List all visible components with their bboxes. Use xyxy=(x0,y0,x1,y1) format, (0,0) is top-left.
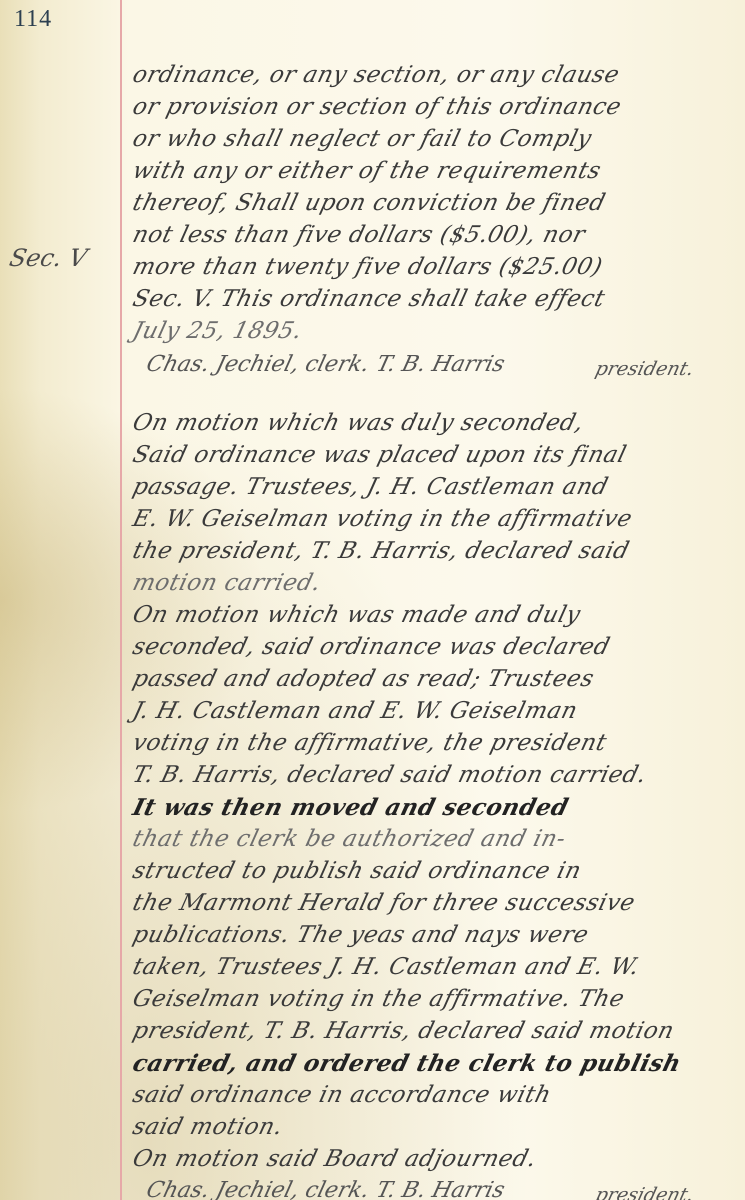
text-line: motion carried. xyxy=(130,570,324,596)
text-line: passed and adopted as read; Trustees xyxy=(130,666,597,692)
text-line-adjourned: On motion said Board adjourned. xyxy=(130,1146,539,1172)
text-line: the president, T. B. Harris, declared sa… xyxy=(130,538,632,564)
text-line: with any or either of the requirements xyxy=(130,158,604,184)
text-line: Said ordinance was placed upon its final xyxy=(130,442,629,468)
text-line: ordinance, or any section, or any clause xyxy=(130,62,622,88)
text-line: carried, and ordered the clerk to publis… xyxy=(130,1050,684,1077)
text-line: thereof, Shall upon conviction be fined xyxy=(130,190,608,216)
text-line: taken, Trustees J. H. Castleman and E. W… xyxy=(130,954,642,980)
page-number: 114 xyxy=(14,6,52,33)
text-line: said ordinance in accordance with xyxy=(130,1082,554,1108)
text-line: president, T. B. Harris, declared said m… xyxy=(130,1018,677,1044)
text-line: On motion which was duly seconded, xyxy=(130,410,587,436)
text-line-date: July 25, 1895. xyxy=(130,318,305,344)
text-line: passage. Trustees, J. H. Castleman and xyxy=(130,474,611,500)
margin-note-section: Sec. V xyxy=(7,244,90,272)
text-line: said motion. xyxy=(130,1114,286,1140)
text-line: structed to publish said ordinance in xyxy=(130,858,584,884)
text-line: publications. The yeas and nays were xyxy=(130,922,591,948)
president-signature: T. B. Harris xyxy=(374,352,507,377)
ledger-page: 114 Sec. V ordinance, or any section, or… xyxy=(0,0,745,1200)
clerk-signature: Chas. Jechiel, clerk. xyxy=(144,352,372,377)
text-line: the Marmont Herald for three successive xyxy=(130,890,638,916)
text-line: It was then moved and seconded xyxy=(130,794,571,821)
text-line: voting in the affirmative, the president xyxy=(130,730,610,756)
text-line: or who shall neglect or fail to Comply xyxy=(130,126,594,152)
text-line: T. B. Harris, declared said motion carri… xyxy=(130,762,649,788)
president-signature: T. B. Harris xyxy=(374,1178,507,1200)
text-line: more than twenty five dollars ($25.00) xyxy=(130,254,605,280)
text-line: Geiselman voting in the affirmative. The xyxy=(130,986,627,1012)
red-margin-line xyxy=(120,0,122,1200)
text-line: that the clerk be authorized and in- xyxy=(130,826,569,852)
clerk-signature: Chas. Jechiel, clerk. xyxy=(144,1178,372,1200)
text-line: not less than five dollars ($5.00), nor xyxy=(130,222,588,248)
text-line: seconded, said ordinance was declared xyxy=(130,634,613,660)
president-title: president. xyxy=(593,358,696,380)
president-title: president. xyxy=(593,1184,696,1200)
text-line: On motion which was made and duly xyxy=(130,602,583,628)
text-line: or provision or section of this ordinanc… xyxy=(130,94,624,120)
text-line: J. H. Castleman and E. W. Geiselman xyxy=(130,698,580,724)
text-line: E. W. Geiselman voting in the affirmativ… xyxy=(130,506,635,532)
text-line-section-v: Sec. V. This ordinance shall take effect xyxy=(130,286,608,312)
